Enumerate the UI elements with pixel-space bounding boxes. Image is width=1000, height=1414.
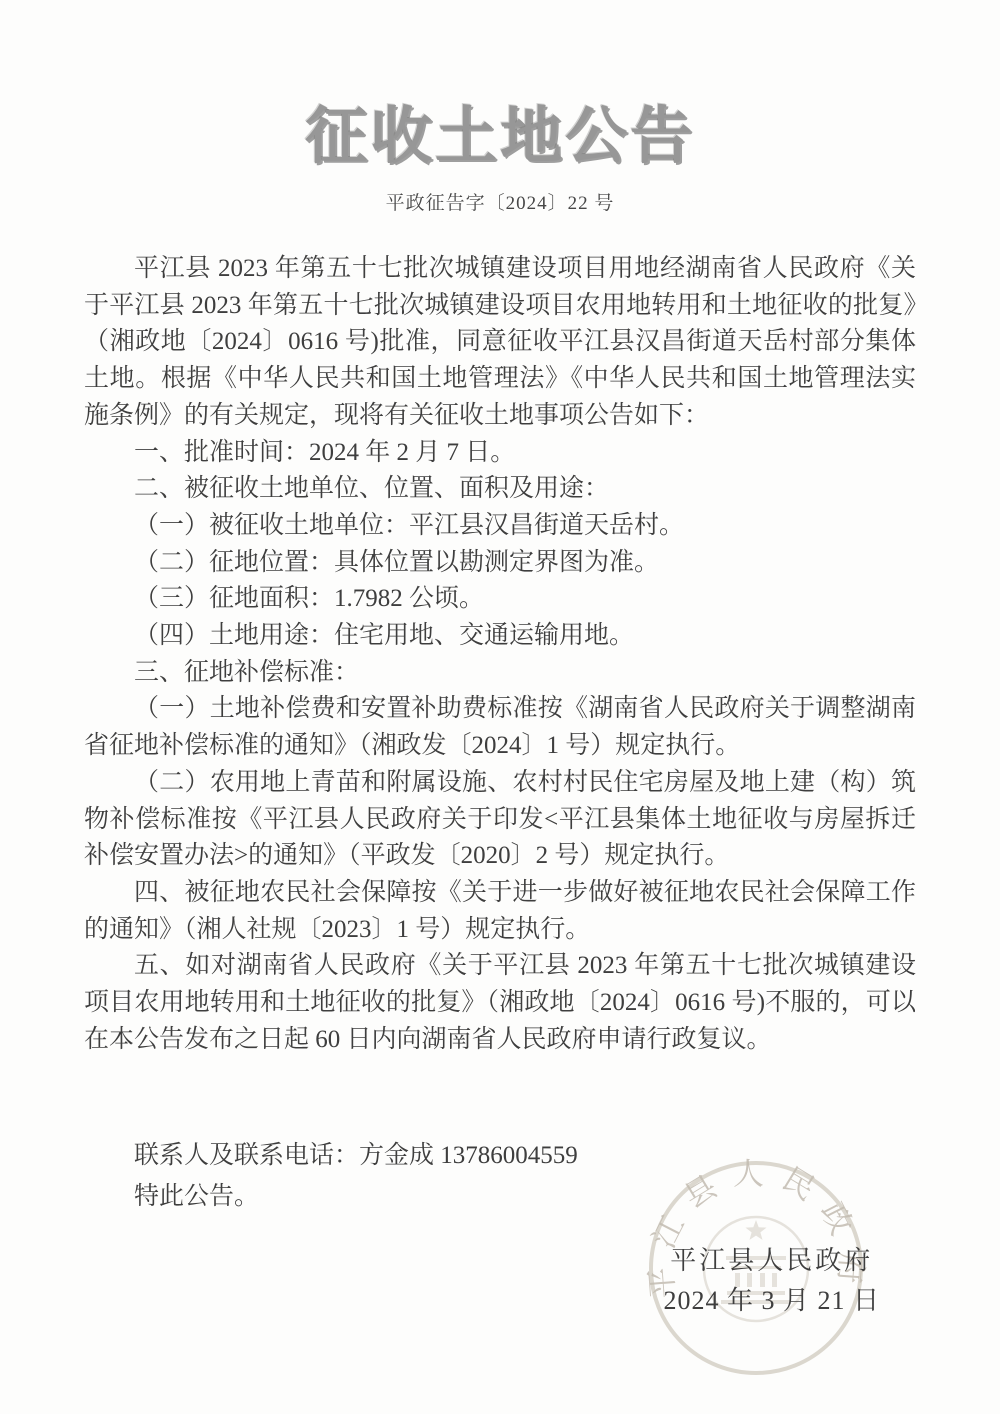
body-paragraph-compensation-2: （二）农用地上青苗和附属设施、农村村民住宅房屋及地上建（构）筑物补偿标准按《平江… <box>84 765 916 875</box>
signature-date: 2024 年 3 月 21 日 <box>663 1281 880 1321</box>
body-paragraph-section2: 二、被征收土地单位、位置、面积及用途： <box>84 471 916 508</box>
signature-block: 平江县人民政府 2024 年 3 月 21 日 <box>663 1241 880 1321</box>
document-page: 征收土地公告 平政征告字〔2024〕22 号 平江县 2023 年第五十七批次城… <box>0 0 1000 1414</box>
body-paragraph-area: （三）征地面积：1.7982 公顷。 <box>84 581 916 618</box>
body-paragraph-compensation-1: （一）土地补偿费和安置补助费标准按《湖南省人民政府关于调整湖南省征地补偿标准的通… <box>84 691 916 764</box>
emblem-star-icon <box>746 1220 767 1240</box>
body-paragraph-location: （二）征地位置：具体位置以勘测定界图为准。 <box>84 545 916 582</box>
document-title: 征收土地公告 <box>0 86 1000 175</box>
document-number: 平政征告字〔2024〕22 号 <box>0 188 1000 215</box>
body-paragraph-land-unit: （一）被征收土地单位：平江县汉昌街道天岳村。 <box>84 508 916 545</box>
body-paragraph-social-security: 四、被征地农民社会保障按《关于进一步做好被征地农民社会保障工作的通知》（湘人社规… <box>84 875 916 948</box>
signature-issuer: 平江县人民政府 <box>663 1241 880 1281</box>
body-paragraph-section3: 三、征地补偿标准： <box>84 655 916 692</box>
body-paragraph-land-use: （四）土地用途：住宅用地、交通运输用地。 <box>84 618 916 655</box>
body-paragraph-intro: 平江县 2023 年第五十七批次城镇建设项目用地经湖南省人民政府《关于平江县 2… <box>84 251 916 435</box>
body-paragraph-appeal: 五、如对湖南省人民政府《关于平江县 2023 年第五十七批次城镇建设项目农用地转… <box>84 948 916 1058</box>
body-paragraph-approval-date: 一、批准时间：2024 年 2 月 7 日。 <box>84 435 916 472</box>
document-body: 平江县 2023 年第五十七批次城镇建设项目用地经湖南省人民政府《关于平江县 2… <box>84 251 916 1058</box>
